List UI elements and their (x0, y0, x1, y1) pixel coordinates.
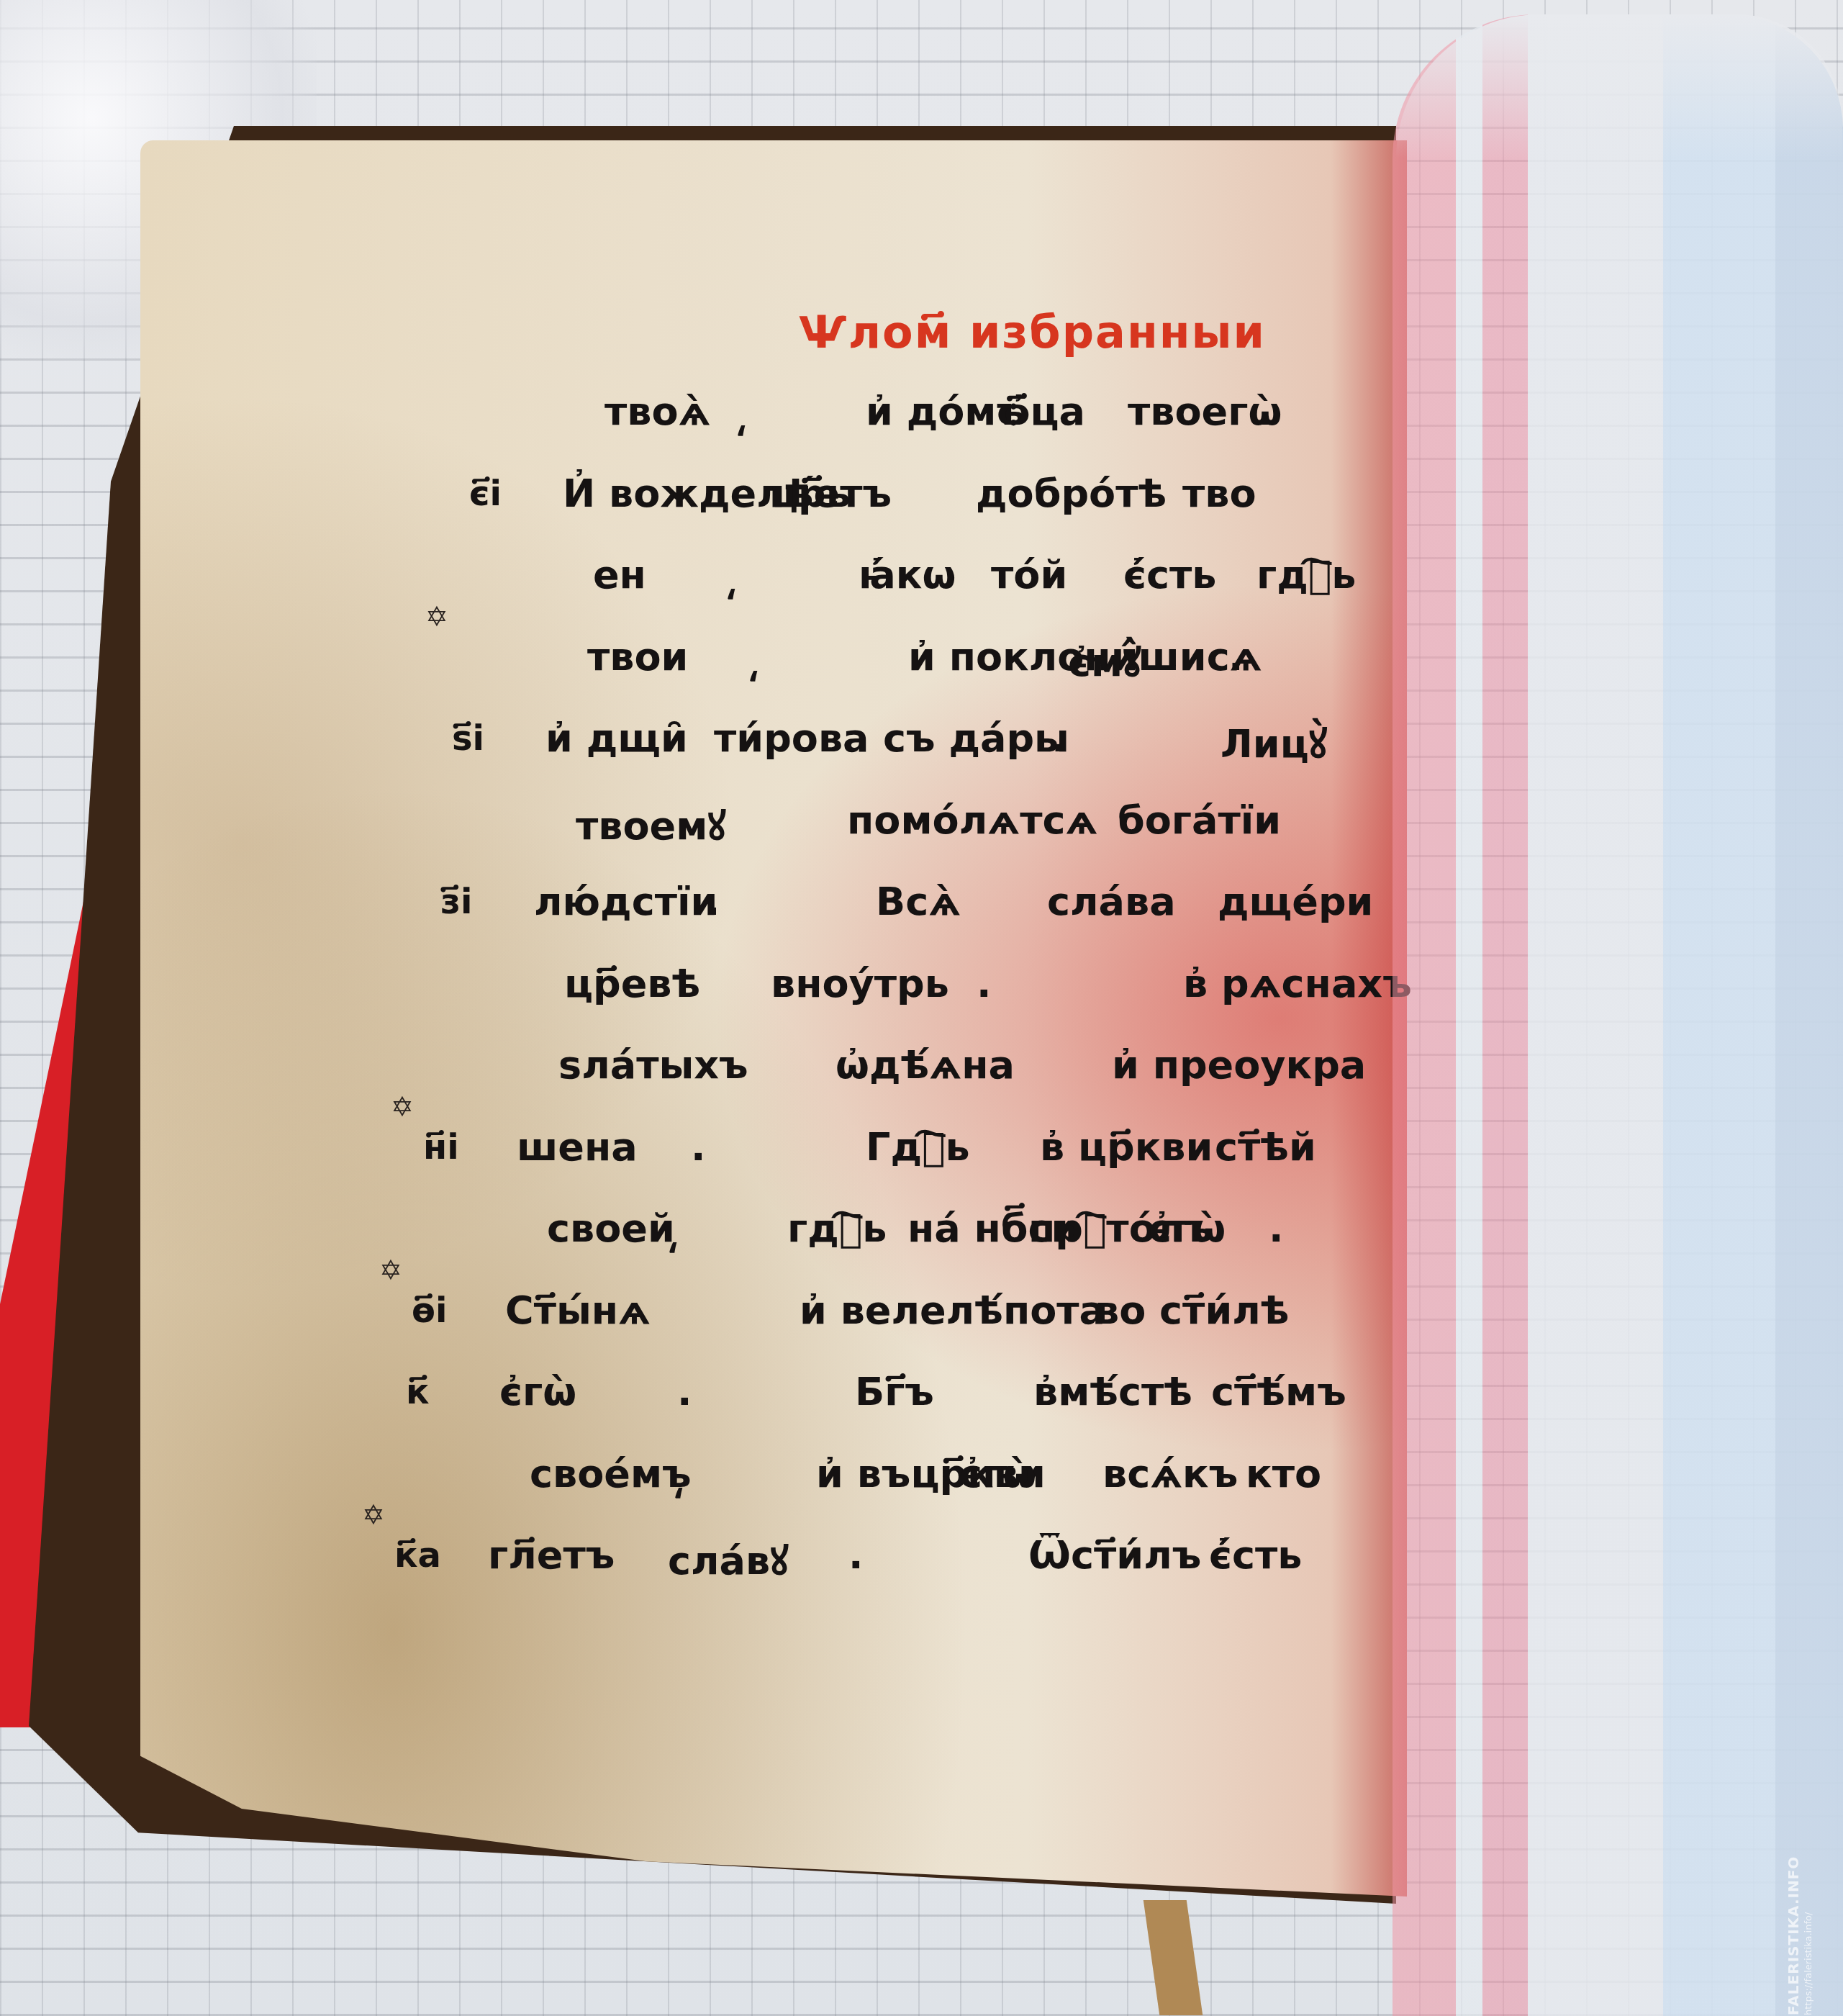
text-line: ✡твои⸲и҆ поклони́шисѧє҆мꙋ̀. (0, 634, 1410, 692)
star-ornament-icon: ✡ (425, 601, 448, 633)
text-word: кто (1246, 1451, 1321, 1496)
text-word: ⸲ (735, 389, 746, 442)
text-word: шена (517, 1124, 638, 1170)
text-line: к҃є҆гѡ̀.Бг҃ъв҆мѣ́стѣст҃ѣ́мъ (0, 1369, 1410, 1427)
text-word: твои (587, 634, 688, 679)
text-line: ✡к҃агл҃етъсла́вꙋ.Ѿст҃и́лъє҆́сть (0, 1532, 1410, 1590)
text-word: во ст҃и́лѣ (1095, 1288, 1290, 1333)
text-word: Ѿст҃и́лъ (1028, 1532, 1201, 1578)
text-word: Ст҃ы́нѧ (505, 1288, 651, 1333)
text-word: гл҃етъ (488, 1532, 615, 1578)
text-word: . (705, 879, 720, 924)
text-word: ꙗ҆́кѡ (859, 552, 956, 597)
verse-number: н҃і (423, 1127, 459, 1167)
watermark-title: FALERISTIKA.INFO (1785, 1856, 1802, 2015)
text-word: . (1258, 389, 1273, 434)
text-word: є҆́сть (1209, 1532, 1302, 1578)
text-word: Лицꙋ̀ (1221, 715, 1327, 769)
text-word: . (1228, 634, 1244, 679)
text-word: є҆гѡ̀ (499, 1369, 576, 1414)
star-ornament-icon: ✡ (379, 1255, 402, 1286)
text-word: вноу́трь (771, 961, 949, 1006)
text-word: . (677, 1369, 692, 1414)
text-word: ⸲ (667, 1206, 677, 1259)
text-word: ⸲ (673, 1451, 683, 1504)
verse-number: ѳ҃і (412, 1290, 447, 1331)
text-word: твоѧ̀ (604, 389, 711, 434)
watermark: FALERISTIKA.INFO https://faleristika.inf… (1785, 1871, 1835, 2015)
text-word: . (1051, 715, 1067, 761)
text-line: є҃іИ҆ вожделѣ́етъцр҃ьдобро́тѣтво (0, 471, 1410, 528)
text-word: ти́рова (714, 715, 869, 761)
text-line: ен⸲ꙗ҆́кѡто́йє҆́стьгдⷭ҇ь (0, 552, 1410, 610)
text-word: ст҃ѣ́мъ (1211, 1369, 1346, 1414)
text-word: и҆ велелѣ́пота (800, 1288, 1105, 1333)
text-word: своей (547, 1206, 675, 1251)
plastic-sheet (1393, 14, 1843, 2016)
text-line: свое́мъ⸲и҆ въцр҃квиє҆гѡ̀всѧ́къкто (0, 1451, 1410, 1509)
text-word: є҆мꙋ̀ (1068, 634, 1141, 687)
text-word: ст҃ѣй (1215, 1124, 1316, 1170)
text-line: твоемꙋпомо́лѧтсѧбога́тїи (0, 797, 1410, 855)
text-word: ѕла́тыхъ (558, 1042, 748, 1088)
text-word: . (848, 1532, 864, 1578)
text-word: Гдⷭ҇ь (866, 1124, 970, 1170)
text-word: . (977, 961, 992, 1006)
text-word: гдⷭ҇ь (1256, 552, 1356, 597)
text-word: ѻ҆҃ца (997, 389, 1085, 434)
text-word: ⸲ (748, 634, 758, 687)
text-word: в҆ рѧснахъ (1183, 961, 1412, 1006)
text-word: цр҃ь (769, 471, 851, 516)
text-word: сла́вꙋ (668, 1532, 789, 1586)
text-word: ен (593, 552, 646, 597)
star-ornament-icon: ✡ (362, 1499, 385, 1531)
text-word: є҆́сть (1123, 552, 1216, 597)
text-word: и҆ дщи̑ (545, 715, 688, 761)
text-word: и҆ преоукра (1112, 1042, 1366, 1088)
text-line: ✡ѳ҃іСт҃ы́нѧи҆ велелѣ́потаво ст҃и́лѣ (0, 1288, 1410, 1345)
text-word: съ да́ры (883, 715, 1069, 761)
text-line: своей⸲гдⷭ҇ьна́ нб҃сипрⷭ҇то́лъє҆гѡ̀. (0, 1206, 1410, 1263)
text-word: сла́ва (1047, 879, 1176, 924)
text-word: Всѧ̀ (876, 879, 961, 924)
text-word: цр҃евѣ (564, 961, 700, 1006)
text-line: ѕла́тыхъѡ҆дѣ́ѧнаи҆ преоукра (0, 1042, 1410, 1100)
text-word: твоемꙋ (576, 797, 726, 851)
text-word: свое́мъ (530, 1451, 692, 1496)
text-word: . (691, 1124, 706, 1170)
text-word: є҆гѡ̀ (1149, 1206, 1226, 1251)
text-word: ѡ҆дѣ́ѧна (836, 1042, 1015, 1088)
text-word: в҆мѣ́стѣ (1033, 1369, 1192, 1414)
text-word: бога́тїи (1118, 797, 1281, 843)
text-word: гдⷭ҇ь (787, 1206, 887, 1251)
text-word: то́й (991, 552, 1067, 597)
text-word: лю́дстїи (534, 879, 717, 924)
text-word: добро́тѣ (976, 471, 1167, 516)
text-word: є҆гѡ̀ (959, 1451, 1036, 1496)
text-word: дще́ри (1218, 879, 1373, 924)
text-word: . (1269, 1206, 1284, 1251)
watermark-url: https://faleristika.info/ (1803, 1912, 1814, 2015)
text-word: в҆ цр҃кви (1040, 1124, 1213, 1170)
text-line: ✡н҃ішена.Гдⷭ҇ьв҆ цр҃квист҃ѣй (0, 1124, 1410, 1182)
plastic-sheet-fold (1396, 14, 1842, 158)
verse-number: з҃і (440, 882, 472, 922)
text-line: цр҃евѣвноу́трь.в҆ рѧснахъ (0, 961, 1410, 1018)
text-word: тво (1182, 471, 1256, 516)
verse-number: ѕ҃і (452, 718, 484, 759)
text-line: ѕ҃іи҆ дщи̑ти́ровасъ да́ры.Лицꙋ̀ (0, 715, 1410, 773)
text-word: ⸲ (725, 552, 735, 605)
running-head: Ѱлом҃ избранныи (799, 306, 1266, 358)
text-word: всѧ́къ (1102, 1451, 1238, 1496)
text-word: Бг҃ъ (855, 1369, 934, 1414)
text-line: твоѧ̀⸲и҆ до́мъѻ҆҃цатвоегѡ̀. (0, 389, 1410, 446)
text-line: з҃ілю́дстїи.Всѧ̀сла́вадще́ри (0, 879, 1410, 936)
verse-number: к҃а (394, 1535, 441, 1576)
text-word: помо́лѧтсѧ (847, 797, 1097, 843)
verse-number: є҃і (469, 474, 502, 514)
star-ornament-icon: ✡ (391, 1091, 414, 1123)
verse-number: к҃ (406, 1372, 430, 1412)
